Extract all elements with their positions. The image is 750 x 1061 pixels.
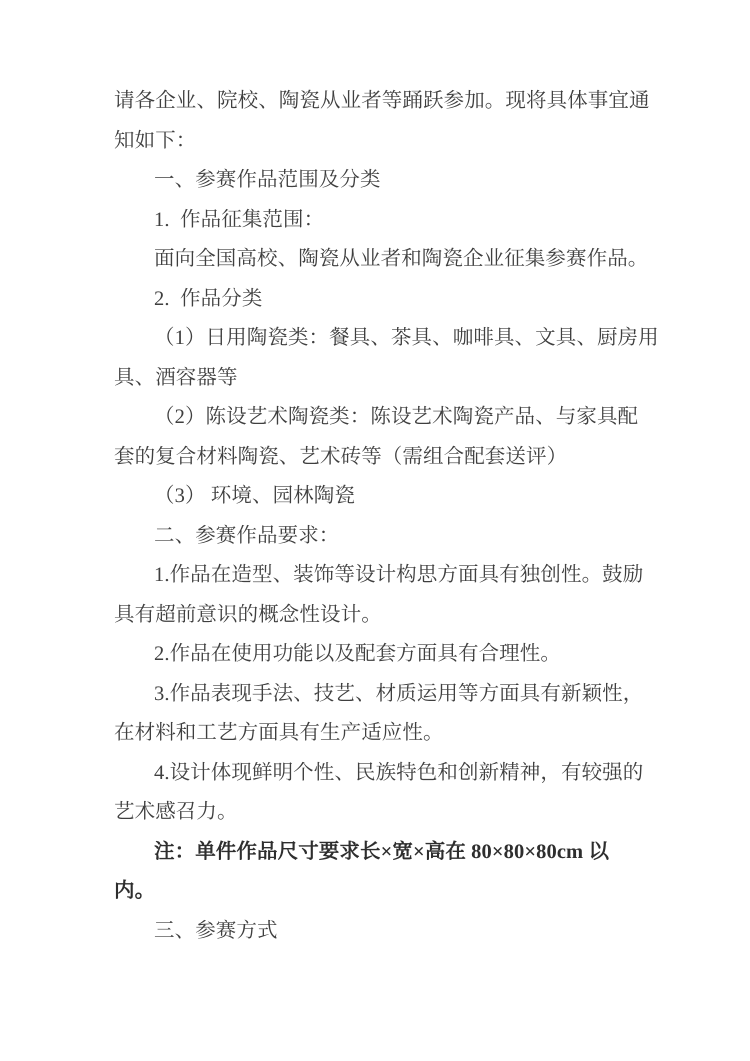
document-line: 1. 作品征集范围：	[114, 201, 654, 241]
document-line: 在材料和工艺方面具有生产适应性。	[114, 714, 654, 754]
document-line: 套的复合材料陶瓷、艺术砖等（需组合配套送评）	[114, 438, 654, 478]
document-line: 3.作品表现手法、技艺、材质运用等方面具有新颖性，	[114, 675, 654, 715]
document-line: （2）陈设艺术陶瓷类：陈设艺术陶瓷产品、与家具配	[114, 398, 654, 438]
document-body: 请各企业、院校、陶瓷从业者等踊跃参加。现将具体事宜通知如下：一、参赛作品范围及分…	[114, 82, 654, 951]
document-line: （3） 环境、园林陶瓷	[114, 477, 654, 517]
document-line: 2. 作品分类	[114, 280, 654, 320]
document-line: 1.作品在造型、装饰等设计构思方面具有独创性。鼓励	[114, 556, 654, 596]
document-line: 面向全国高校、陶瓷从业者和陶瓷企业征集参赛作品。	[114, 240, 654, 280]
document-line: 具有超前意识的概念性设计。	[114, 596, 654, 636]
document-line: 注：单件作品尺寸要求长×宽×高在 80×80×80cm 以	[114, 833, 654, 873]
document-line: 4.设计体现鲜明个性、民族特色和创新精神，有较强的	[114, 754, 654, 794]
document-line: 请各企业、院校、陶瓷从业者等踊跃参加。现将具体事宜通	[114, 82, 654, 122]
document-line: 艺术感召力。	[114, 793, 654, 833]
document-line: 具、酒容器等	[114, 359, 654, 399]
document-line: 一、参赛作品范围及分类	[114, 161, 654, 201]
document-line: 2.作品在使用功能以及配套方面具有合理性。	[114, 635, 654, 675]
document-line: 内。	[114, 872, 654, 912]
document-line: 二、参赛作品要求：	[114, 517, 654, 557]
document-line: 三、参赛方式	[114, 912, 654, 952]
document-line: （1）日用陶瓷类：餐具、茶具、咖啡具、文具、厨房用	[114, 319, 654, 359]
document-page: 请各企业、院校、陶瓷从业者等踊跃参加。现将具体事宜通知如下：一、参赛作品范围及分…	[0, 0, 750, 1061]
document-line: 知如下：	[114, 122, 654, 162]
